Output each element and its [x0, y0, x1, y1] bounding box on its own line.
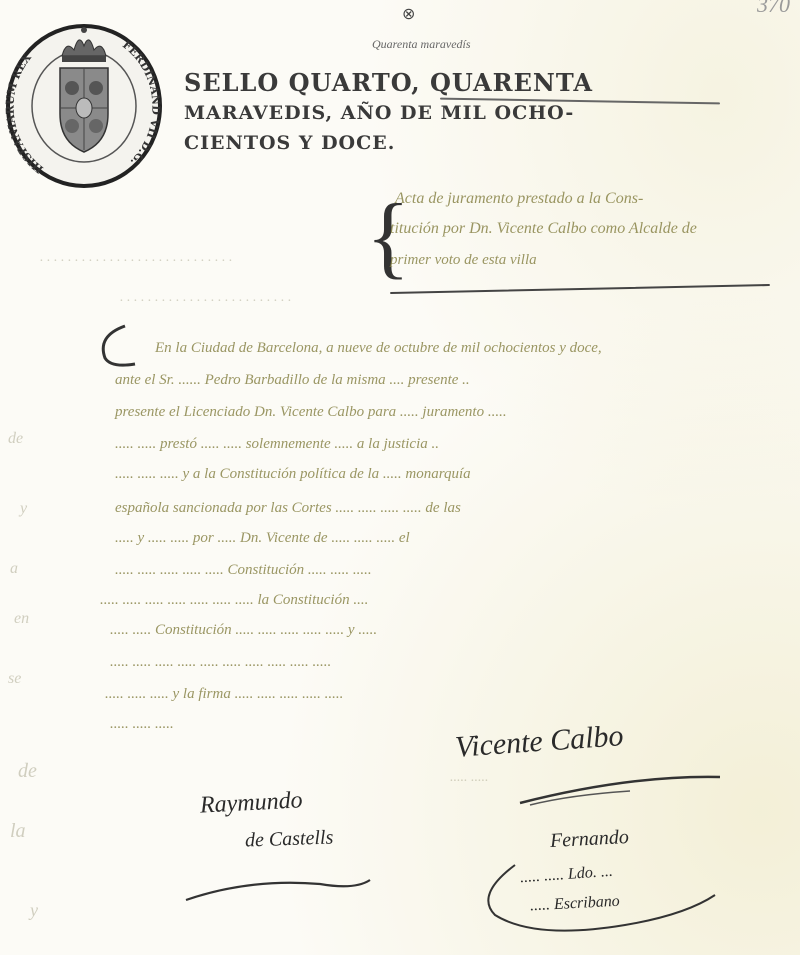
- margin-mark: se: [8, 670, 21, 688]
- stamp-line-3: CIENTOS Y DOCE.: [184, 128, 593, 158]
- margin-mark: la: [10, 820, 26, 843]
- margin-mark: y: [30, 900, 38, 921]
- royal-seal-icon: HISPANIARUM REX FERDINAND VII D.G.: [4, 18, 166, 190]
- signature-flourish-icon: [510, 765, 730, 815]
- body-line: ..... ..... ..... ..... ..... Constituci…: [115, 562, 372, 579]
- signature-main: Vicente Calbo: [454, 719, 625, 765]
- margin-mark: en: [14, 610, 29, 628]
- body-line: presente el Licenciado Dn. Vicente Calbo…: [115, 404, 507, 421]
- document-page: 370 HISPANIARUM REX FERDINAND VII D.G. ⊗…: [0, 0, 800, 955]
- signature-main-note: ..... .....: [450, 770, 489, 786]
- signature-right: Fernando: [549, 826, 629, 853]
- stamp-line-2: MARAVEDIS, AÑO DE MIL OCHO-: [184, 98, 593, 128]
- margin-note-rule: [390, 284, 770, 294]
- stamp-subtitle: Quarenta maravedís: [372, 37, 471, 52]
- margin-note-line: titución por Dn. Vicente Calbo como Alca…: [390, 220, 697, 238]
- body-line: ..... ..... ..... ..... ..... ..... ....…: [100, 592, 368, 609]
- margin-mark: de: [8, 430, 23, 448]
- body-line: ..... ..... ..... y la firma ..... .....…: [105, 686, 343, 703]
- body-line: ..... ..... prestó ..... ..... solemneme…: [115, 436, 439, 453]
- signature-left-flourish-icon: [180, 868, 380, 908]
- body-line: ..... ..... Constitución ..... ..... ...…: [110, 622, 377, 639]
- stamp-header: SELLO QUARTO, QUARENTA MARAVEDIS, AÑO DE…: [184, 68, 593, 158]
- signature-right-flourish-icon: [475, 855, 735, 945]
- margin-mark: y: [20, 500, 27, 518]
- signature-left: Raymundo: [199, 787, 303, 819]
- body-line: En la Ciudad de Barcelona, a nueve de oc…: [155, 340, 602, 357]
- margin-note-line: primer voto de esta villa: [390, 252, 537, 269]
- margin-note-line: Acta de juramento prestado a la Cons-: [395, 190, 643, 208]
- body-line: ..... ..... ..... y a la Constitución po…: [115, 466, 471, 483]
- body-line: ante el Sr. ...... Pedro Barbadillo de l…: [115, 372, 470, 389]
- body-line: ..... ..... .....: [110, 716, 174, 733]
- opening-flourish-icon: [95, 322, 155, 372]
- margin-mark: de: [18, 760, 37, 783]
- body-line: ..... ..... ..... ..... ..... ..... ....…: [110, 654, 331, 671]
- folio-number: 370: [757, 0, 790, 18]
- stamp-line-1: SELLO QUARTO, QUARENTA: [184, 68, 593, 98]
- body-line: española sancionada por las Cortes .....…: [115, 500, 461, 517]
- body-line: ..... y ..... ..... por ..... Dn. Vicent…: [115, 530, 410, 547]
- ornament-icon: ⊗: [402, 4, 415, 24]
- margin-mark: a: [10, 560, 18, 578]
- bleed-through-text: . . . . . . . . . . . . . . . . . . . . …: [120, 290, 292, 306]
- signature-left-under: de Castells: [245, 826, 334, 852]
- bleed-through-text: . . . . . . . . . . . . . . . . . . . . …: [40, 250, 233, 266]
